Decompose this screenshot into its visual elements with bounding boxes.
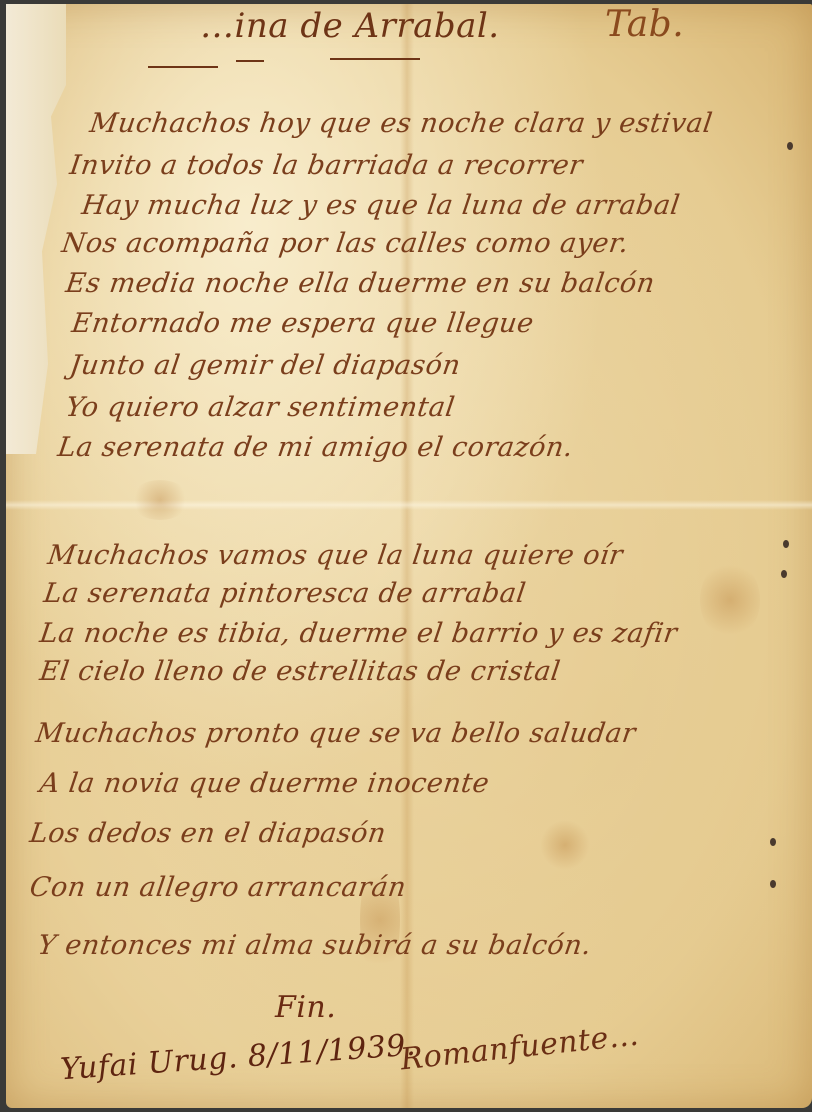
title-underline bbox=[148, 66, 218, 68]
title-underline bbox=[330, 58, 420, 60]
verse-line: Entornado me espera que llegue bbox=[70, 308, 536, 339]
verse-line: Y entonces mi alma subirá a su balcón. bbox=[36, 930, 594, 961]
scanned-page: …ina de Arrabal. Tab. Muchachos hoy que … bbox=[0, 0, 823, 1115]
pin-hole bbox=[781, 570, 787, 578]
verse-line: Invito a todos la barriada a recorrer bbox=[68, 150, 585, 181]
verse-line: A la novia que duerme inocente bbox=[38, 768, 492, 799]
horizontal-fold-crease bbox=[6, 500, 812, 510]
verse-line: Muchachos pronto que se va bello saludar bbox=[34, 718, 638, 749]
stain bbox=[130, 480, 190, 520]
verse-line: Nos acompaña por las calles como ayer. bbox=[60, 228, 631, 259]
verse-line: Hay mucha luz y es que la luna de arraba… bbox=[80, 190, 682, 221]
verse-line: La noche es tibia, duerme el barrio y es… bbox=[38, 618, 679, 649]
verse-line: Con un allegro arrancarán bbox=[28, 872, 408, 903]
pin-hole bbox=[770, 838, 776, 846]
pin-hole bbox=[787, 142, 793, 150]
title-underline bbox=[236, 60, 264, 62]
verse-line: Los dedos en el diapasón bbox=[28, 818, 388, 849]
verse-line: La serenata pintoresca de arrabal bbox=[42, 578, 528, 609]
verse-line: Muchachos vamos que la luna quiere oír bbox=[46, 540, 625, 571]
verse-line: Junto al gemir del diapasón bbox=[68, 350, 463, 381]
stain bbox=[700, 560, 760, 640]
verse-line: Muchachos hoy que es noche clara y estiv… bbox=[88, 108, 715, 139]
verse-line: Yo quiero alzar sentimental bbox=[64, 392, 457, 423]
song-title: …ina de Arrabal. bbox=[200, 6, 500, 46]
verse-line: La serenata de mi amigo el corazón. bbox=[56, 432, 575, 463]
stain bbox=[540, 820, 590, 870]
closing-fin: Fin. bbox=[275, 990, 336, 1025]
pin-hole bbox=[770, 880, 776, 888]
title-abbreviation: Tab. bbox=[605, 4, 684, 45]
verse-line: Es media noche ella duerme en su balcón bbox=[64, 268, 657, 299]
verse-line: El cielo lleno de estrellitas de cristal bbox=[38, 656, 563, 687]
pin-hole bbox=[783, 540, 789, 548]
